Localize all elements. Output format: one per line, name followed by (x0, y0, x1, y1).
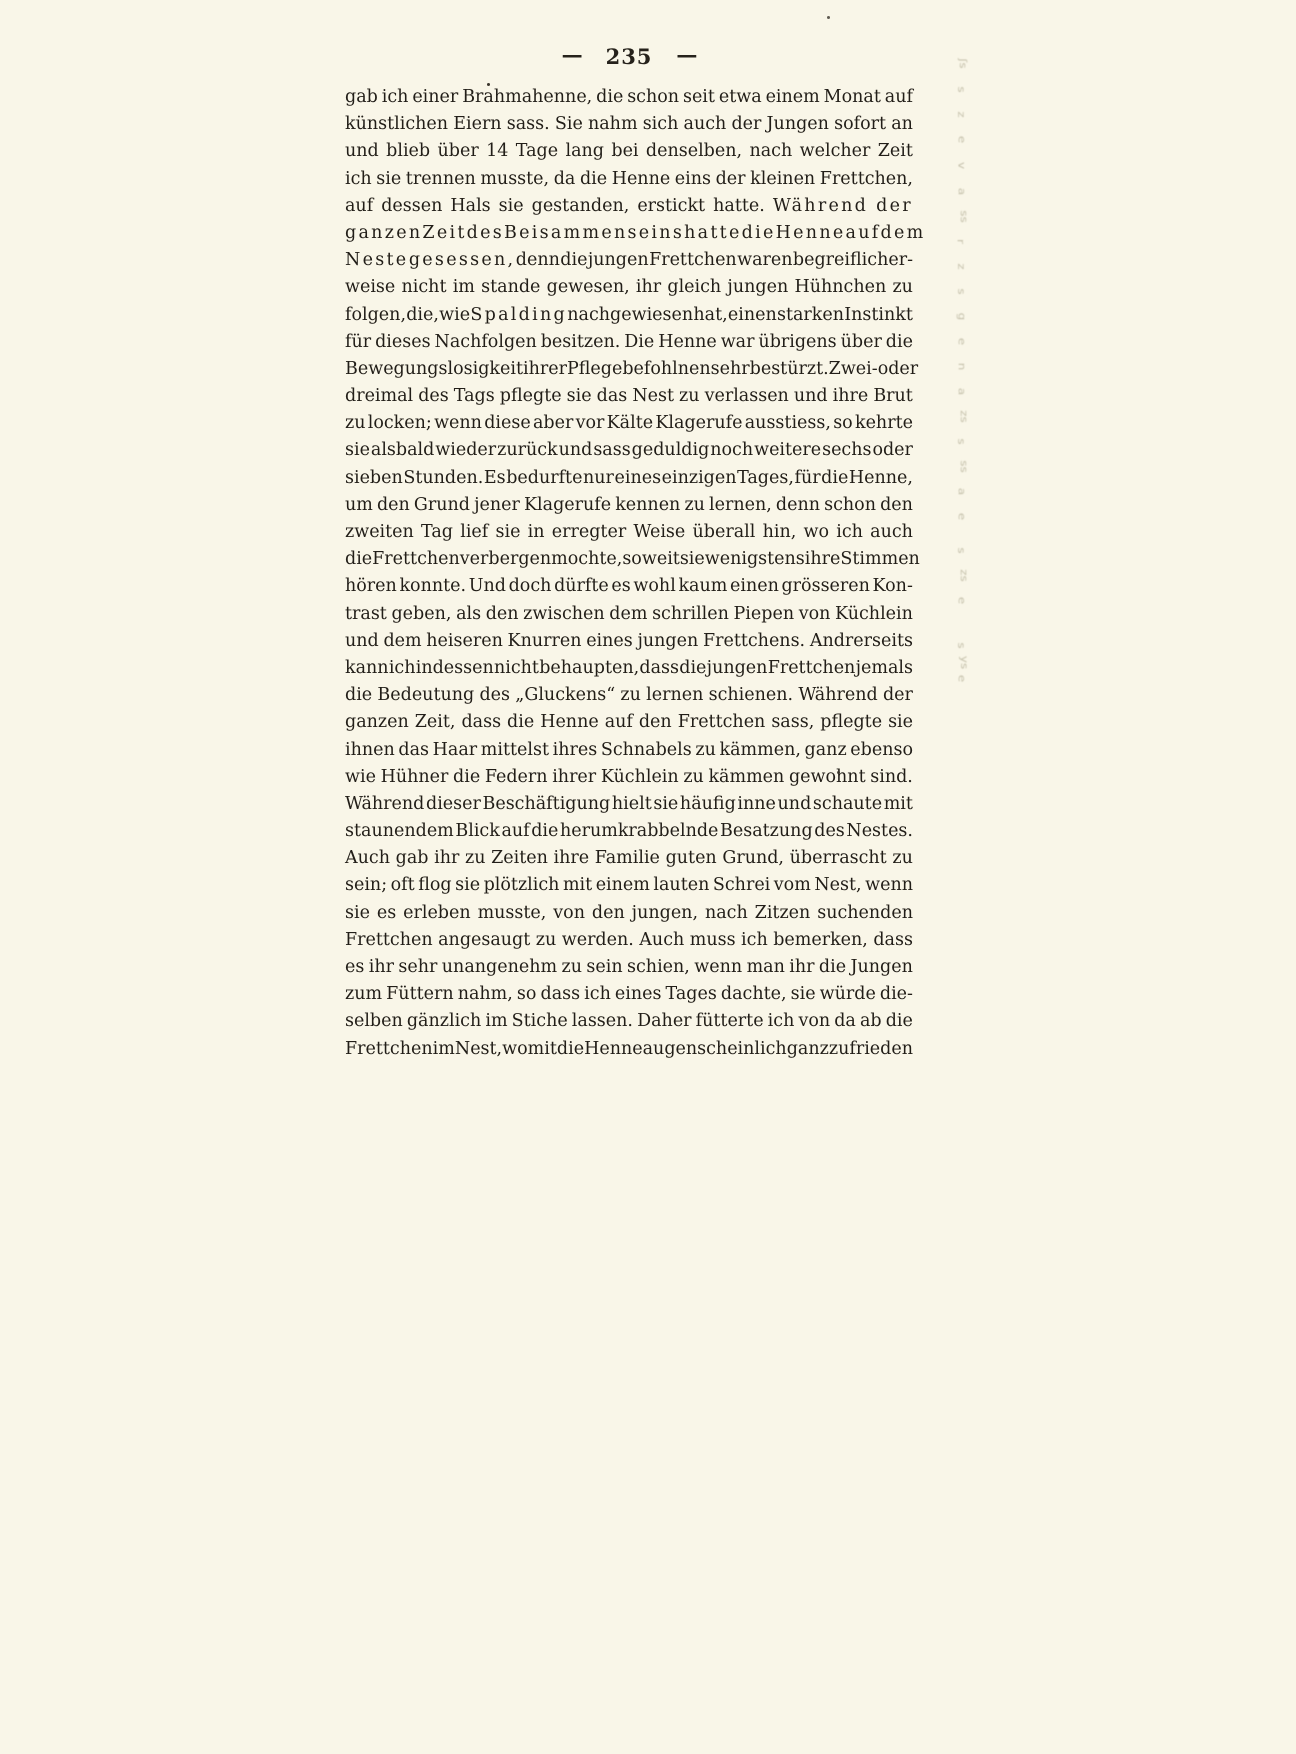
text-line: siebenStunden.Esbedurftenureineseinzigen… (345, 465, 913, 492)
text-line: künstlichenEiernsass.SienahmsichauchderJ… (345, 111, 913, 138)
showthrough-mark: zs (958, 569, 969, 582)
text-line: aufdessenHalssiegestanden,erstickthatte.… (345, 193, 913, 220)
showthrough-mark: g (956, 313, 967, 321)
showthrough-mark: z (955, 263, 966, 269)
text-line: staunendemBlickaufdieherumkrabbelndeBesa… (345, 818, 913, 845)
text-line: wieHühnerdieFedernihrerKüchleinzukämmeng… (345, 764, 913, 791)
showthrough-mark: z (955, 111, 966, 117)
showthrough-mark: ss (958, 460, 969, 473)
text-line: ganzenZeit,dassdieHenneaufdenFrettchensa… (345, 709, 913, 736)
showthrough-mark: a (956, 488, 967, 495)
scanned-page: —235— gabicheinerBrahmahenne,dieschonsei… (0, 0, 1296, 1754)
header-dash-right: — (676, 42, 696, 67)
text-line: gabicheinerBrahmahenne,dieschonseitetwae… (345, 84, 913, 111)
text-line: zulocken;wenndieseabervorKälteKlagerufea… (345, 410, 913, 437)
text-line: Nestegesessen,denndiejungenFrettchenware… (345, 247, 913, 274)
text-line: unddemheiserenKnurreneinesjungenFrettche… (345, 628, 913, 655)
text-line: AuchgabihrzuZeitenihreFamiliegutenGrund,… (345, 845, 913, 872)
text-line: folgen,die,wieSpaldingnachgewiesenhat,ei… (345, 302, 913, 329)
text-line: weisenichtimstandegewesen,ihrgleichjunge… (345, 274, 913, 301)
showthrough-mark: e (956, 597, 967, 604)
text-line: zumFütternnahm,sodassicheinesTagesdachte… (345, 981, 913, 1008)
showthrough-mark: v (955, 162, 966, 169)
text-line: fürdiesesNachfolgenbesitzen.DieHennewarü… (345, 329, 913, 356)
ink-speck (827, 16, 830, 19)
showthrough-mark: ʃs (957, 58, 968, 68)
showthrough-mark: e (956, 136, 967, 143)
text-line: ichsietrennenmusste,dadieHenneeinsderkle… (345, 166, 913, 193)
margin-showthrough: ʃsszevassrzsgenazssssaeszsesyse (952, 0, 978, 700)
text-line: ihnendasHaarmittelstihresSchnabelszukämm… (345, 737, 913, 764)
showthrough-mark: ss (958, 210, 969, 223)
ink-speck (837, 771, 840, 774)
ink-speck (487, 83, 490, 86)
text-line: hörenkonnte.Unddochdürfteeswohlkaumeinen… (345, 573, 913, 600)
header-dash-left: — (562, 42, 582, 67)
text-line: dreimaldesTagspflegtesiedasNestzuverlass… (345, 383, 913, 410)
text-line: undbliebüber14Tagelangbeidenselben,nachw… (345, 138, 913, 165)
text-line: siealsbaldwiederzurückundsassgeduldignoc… (345, 437, 913, 464)
showthrough-mark: s (955, 288, 966, 294)
showthrough-mark: a (956, 188, 967, 195)
text-line: dieFrettchenverbergenmochte,soweitsiewen… (345, 546, 913, 573)
text-line: WährenddieserBeschäftigunghieltsiehäufig… (345, 791, 913, 818)
text-line: ganzenZeitdesBeisammenseinshattedieHenne… (345, 220, 913, 247)
text-line: Frettchenangesaugtzuwerden.Auchmussichbe… (345, 927, 913, 954)
text-line: BewegungslosigkeitihrerPflegebefohlnense… (345, 356, 913, 383)
showthrough-mark: s (955, 642, 966, 648)
text-line: esihrsehrunangenehmzuseinschien,wennmani… (345, 954, 913, 981)
showthrough-mark: zs (958, 410, 969, 423)
text-line: FrettchenimNest,womitdieHenneaugenschein… (345, 1036, 913, 1063)
text-block: gabicheinerBrahmahenne,dieschonseitetwae… (345, 84, 913, 1063)
showthrough-mark: n (956, 363, 967, 371)
text-line: zweitenTagliefsieinerregterWeiseüberallh… (345, 519, 913, 546)
showthrough-mark: e (956, 513, 967, 520)
running-header: —235— (345, 44, 913, 69)
text-line: kannichindessennichtbehaupten,dassdiejun… (345, 655, 913, 682)
showthrough-mark: r (955, 239, 966, 244)
page-number: 235 (606, 44, 653, 69)
text-line: dieBedeutungdes„Gluckens“zulernenschiene… (345, 682, 913, 709)
text-line: sieeserlebenmusste,vondenjungen,nachZitz… (345, 900, 913, 927)
text-line: selbengänzlichimStichelassen.Daherfütter… (345, 1008, 913, 1035)
text-line: sein;oftflogsieplötzlichmiteinemlautenSc… (345, 872, 913, 899)
showthrough-mark: s (955, 438, 966, 444)
showthrough-mark: e (956, 675, 967, 682)
showthrough-mark: e (956, 338, 967, 345)
showthrough-mark: s (955, 86, 966, 92)
showthrough-mark: a (956, 388, 967, 395)
text-line: umdenGrundjenerKlagerufekennenzulernen,d… (345, 492, 913, 519)
showthrough-mark: s (955, 547, 966, 553)
showthrough-mark: ys (958, 656, 969, 669)
text-line: trastgeben,alsdenzwischendemschrillenPie… (345, 601, 913, 628)
